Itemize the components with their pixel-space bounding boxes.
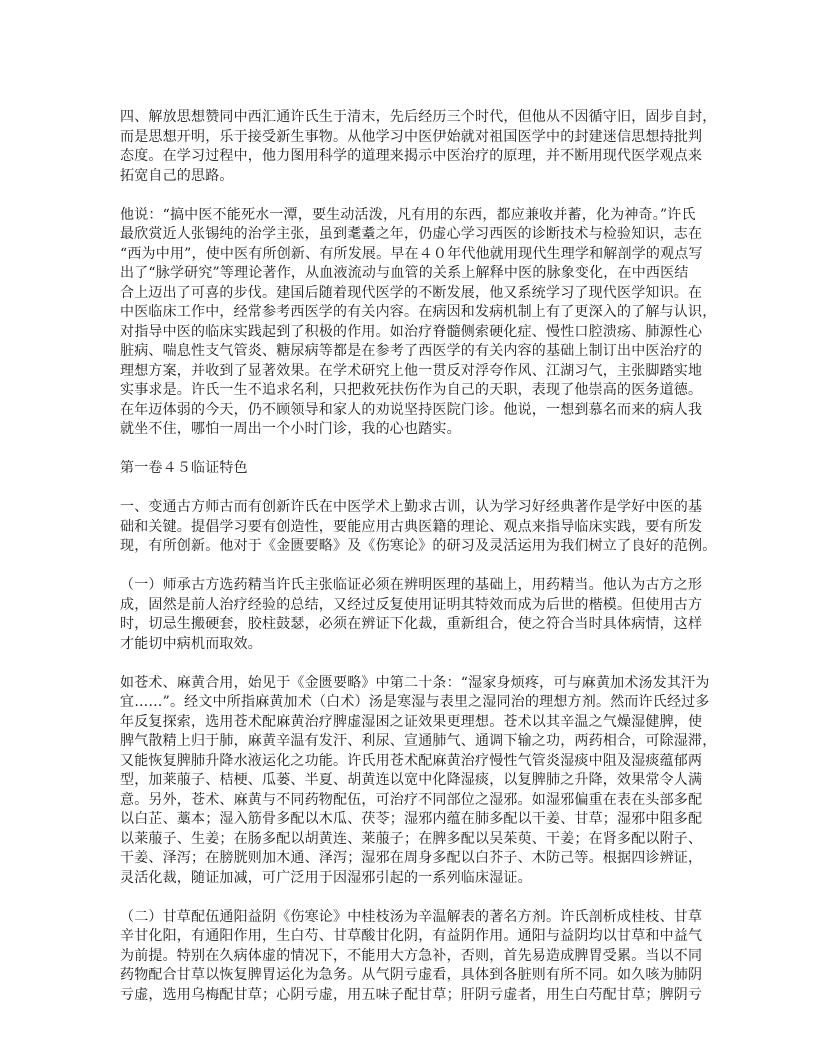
text-line: 在年迈体弱的今天，仍不顾领导和家人的劝说坚持医院门诊。他说，一想到慕名而来的病人… — [120, 401, 704, 421]
text-line: 中医临床工作中，经常参考西医学的有关内容。在病因和发病机制上有了更深入的了解与认… — [120, 303, 704, 323]
paragraph-inherit-ancient-formulas: （一）师承古方选药精当许氏主张临证必须在辨明医理的基础上，用药精当。他认为古方之… — [120, 576, 704, 654]
text-line: 现，有所创新。他对于《金匮要略》及《伤寒论》的研习及灵活运用为我们树立了良好的范… — [120, 537, 704, 557]
text-line: 又能恢复脾肺升降水液运化之功能。许氏用苍术配麻黄治疗慢性气管炎湿痰中阻及湿痰蕴郁… — [120, 752, 704, 772]
text-line: 最欣赏近人张锡纯的治学主张，虽到耄耋之年，仍虚心学习西医的诊断技术与检验知识，志… — [120, 225, 704, 245]
text-line: 灵活化裁，随证加减，可广泛用于因湿邪引起的一系列临床湿证。 — [120, 869, 704, 889]
text-line: （一）师承古方选药精当许氏主张临证必须在辨明医理的基础上，用药精当。他认为古方之… — [120, 576, 704, 596]
text-line: 一、变通古方师古而有创新许氏在中医学术上勤求古训，认为学习好经典著作是学好中医的… — [120, 498, 704, 518]
text-line: 干姜、泽泻；在膀胱则加木通、泽泻；湿邪在周身多配以白芥子、木防己等。根据四诊辨证… — [120, 849, 704, 869]
text-line: 以白芷、藁本；湿入筋骨多配以木瓜、茯苓；湿邪内蕴在肺多配以干姜、甘草；湿邪中阻多… — [120, 810, 704, 830]
document-page: 四、解放思想赞同中西汇通许氏生于清末，先后经历三个时代，但他从不因循守旧，固步自… — [120, 108, 704, 1025]
text-line: 年反复探索，选用苍术配麻黄治疗脾虚湿困之证效果更理想。苍术以其辛温之气燥湿健脾，… — [120, 713, 704, 733]
text-line: 药物配合甘草以恢复脾胃运化为急务。从气阴亏虚看，具体到各脏则有所不同。如久咳为肺… — [120, 966, 704, 986]
text-line: 时，切忌生搬硬套，胶柱鼓瑟，必须在辨证下化裁，重新组合，使之符合当时具体病情，这… — [120, 615, 704, 635]
text-line: （二）甘草配伍通阳益阴《伤寒论》中桂枝汤为辛温解表的著名方剂。许氏剖析成桂枝、甘… — [120, 908, 704, 928]
text-line: “西为中用”，使中医有所创新、有所发展。早在４０年代他就用现代生理学和解剖学的观… — [120, 245, 704, 265]
paragraph-he-said: 他说：“搞中医不能死水一潭，要生动活泼，凡有用的东西，都应兼收并蓄，化为神奇。”… — [120, 206, 704, 440]
text-line: 就坐不住，哪怕一周出一个小时门诊，我的心也踏实。 — [120, 420, 704, 440]
text-line: 出了“脉学研究”等理论著作，从血液流动与血管的关系上解释中医的脉象变化，在中西医… — [120, 264, 704, 284]
text-line: 而是思想开明，乐于接受新生事物。从他学习中医伊始就对祖国医学中的封建迷信思想持批… — [120, 128, 704, 148]
text-line: 态度。在学习过程中，他力图用科学的道理来揭示中医治疗的原理，并不断用现代医学观点… — [120, 147, 704, 167]
paragraph-adapt-ancient-formulas: 一、变通古方师古而有创新许氏在中医学术上勤求古训，认为学习好经典著作是学好中医的… — [120, 498, 704, 557]
text-line: 为前提。特别在久病体虚的情况下，不能用大方急补，否则，首先易造成脾胃受累。当以不… — [120, 947, 704, 967]
text-line: 对指导中医的临床实践起到了积极的作用。如治疗脊髓侧索硬化症、慢性口腔溃疡、肺源性… — [120, 323, 704, 343]
text-line: 四、解放思想赞同中西汇通许氏生于清末，先后经历三个时代，但他从不因循守旧，固步自… — [120, 108, 704, 128]
paragraph-licorice-combination: （二）甘草配伍通阳益阴《伤寒论》中桂枝汤为辛温解表的著名方剂。许氏剖析成桂枝、甘… — [120, 908, 704, 1006]
chapter-title: 第一卷４５临证特色 — [120, 459, 704, 479]
text-line: 实事求是。许氏一生不追求名利，只把救死扶伤作为自己的天职，表现了他崇高的医务道德… — [120, 381, 704, 401]
text-line: 脾气散精上归于肺，麻黄辛温有发汗、利尿、宣通肺气、通调下输之功，两药相合，可除湿… — [120, 732, 704, 752]
chapter-heading: 第一卷４５临证特色 — [120, 459, 704, 479]
text-line: 辛甘化阳，有通阳作用，生白芍、甘草酸甘化阴，有益阴作用。通阳与益阴均以甘草和中益… — [120, 927, 704, 947]
text-line: 亏虚，选用乌梅配甘草；心阴亏虚，用五味子配甘草；肝阴亏虚者，用生白芍配甘草；脾阴… — [120, 986, 704, 1006]
text-line: 型，加莱菔子、桔梗、瓜蒌、半夏、胡黄连以宽中化降湿痰，以复脾肺之升降，效果常令人… — [120, 771, 704, 791]
text-line: 础和关键。提倡学习要有创造性，要能应用古典医籍的理论、观点来指导临床实践，要有所… — [120, 518, 704, 538]
paragraph-atractylodes-ephedra: 如苍术、麻黄合用，始见于《金匮要略》中第二十条：“湿家身烦疼，可与麻黄加术汤发其… — [120, 674, 704, 889]
text-line: 成，固然是前人治疗经验的总结，又经过反复使用证明其特效而成为后世的楷模。但使用古… — [120, 596, 704, 616]
text-line: 合上迈出了可喜的步伐。建国后随着现代医学的不断发展，他又系统学习了现代医学知识。… — [120, 284, 704, 304]
text-line: 脏病、喘息性支气管炎、糖尿病等都是在参考了西医学的有关内容的基础上制订出中医治疗… — [120, 342, 704, 362]
text-line: 宜……”。经文中所指麻黄加术（白术）汤是寒湿与表里之湿同治的理想方剂。然而许氏经… — [120, 693, 704, 713]
text-line: 他说：“搞中医不能死水一潭，要生动活泼，凡有用的东西，都应兼收并蓄，化为神奇。”… — [120, 206, 704, 226]
text-line: 理想方案，并收到了显著效果。在学术研究上他一贯反对浮夸作风、江湖习气，主张脚踏实… — [120, 362, 704, 382]
text-line: 如苍术、麻黄合用，始见于《金匮要略》中第二十条：“湿家身烦疼，可与麻黄加术汤发其… — [120, 674, 704, 694]
text-line: 才能切中病机而取效。 — [120, 635, 704, 655]
text-line: 拓宽自己的思路。 — [120, 167, 704, 187]
text-line: 以莱菔子、生姜；在肠多配以胡黄连、莱菔子；在脾多配以吴茱萸、干姜；在肾多配以附子… — [120, 830, 704, 850]
text-line: 意。另外，苍术、麻黄与不同药物配伍，可治疗不同部位之湿邪。如湿邪偏重在表在头部多… — [120, 791, 704, 811]
paragraph-emancipate-thinking: 四、解放思想赞同中西汇通许氏生于清末，先后经历三个时代，但他从不因循守旧，固步自… — [120, 108, 704, 186]
